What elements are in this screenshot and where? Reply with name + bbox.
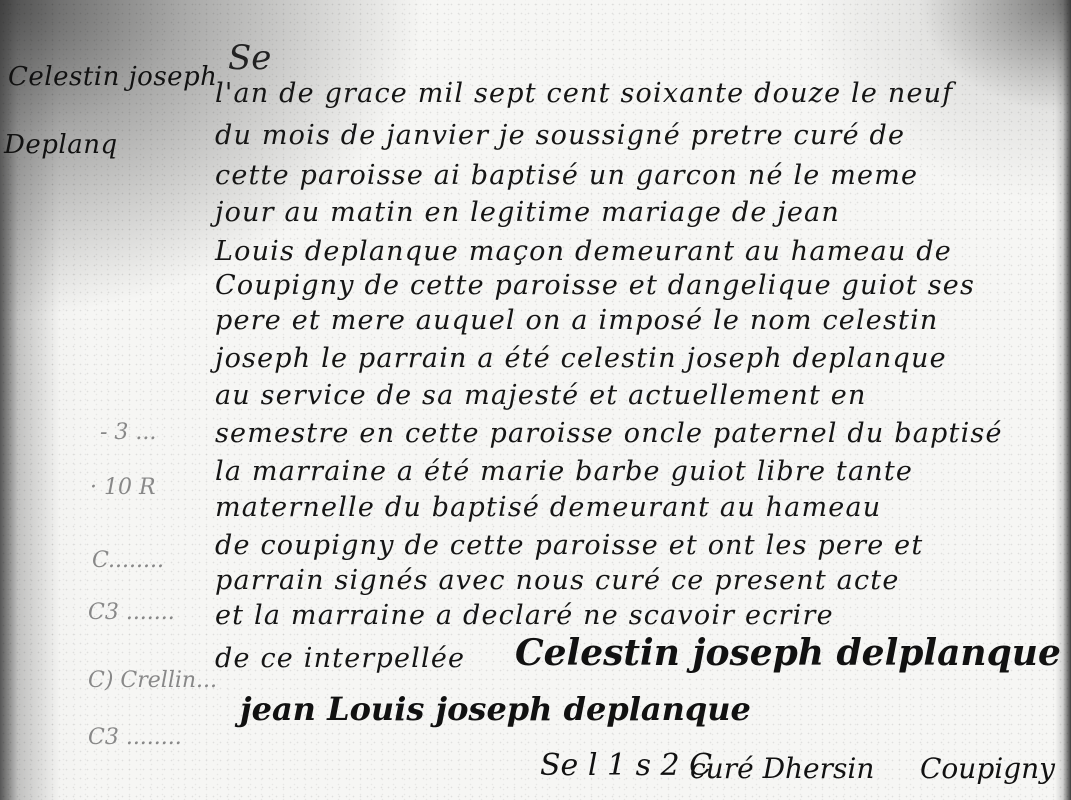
record-line: maternelle du baptisé demeurant au hamea… (215, 492, 881, 523)
signature-place: Coupigny (920, 752, 1055, 785)
record-line: joseph le parrain a été celestin joseph … (215, 343, 947, 374)
margin-faint-mark: C) Crellin... (88, 668, 217, 693)
record-line: de ce interpellée (215, 643, 465, 674)
record-line: Louis deplanque maçon demeurant au hamea… (215, 236, 952, 267)
record-line: l'an de grace mil sept cent soixante dou… (215, 78, 953, 109)
record-line: pere et mere auquel on a imposé le nom c… (215, 305, 939, 336)
margin-faint-mark: C3 ....... (88, 600, 175, 625)
record-line: au service de sa majesté et actuellement… (215, 380, 867, 411)
record-line: parrain signés avec nous curé ce present… (215, 565, 900, 596)
record-line: jour au matin en legitime mariage de jea… (215, 197, 840, 228)
record-line: de coupigny de cette paroisse et ont les… (215, 530, 923, 561)
record-line: cette paroisse ai baptisé un garcon né l… (215, 160, 918, 191)
signature-cure: curé Dhersin (690, 752, 874, 785)
record-line: semestre en cette paroisse oncle paterne… (215, 418, 1003, 449)
record-line: Coupigny de cette paroisse et dangelique… (215, 270, 975, 301)
signature-paraph: Se l 1 s 2 C (540, 748, 712, 783)
margin-faint-mark: C3 ........ (88, 725, 182, 750)
margin-faint-mark: · 10 R (90, 475, 156, 500)
margin-faint-mark: - 3 ... (100, 420, 156, 445)
margin-name-first: Celestin joseph (8, 62, 217, 92)
record-line: la marraine a été marie barbe guiot libr… (215, 456, 913, 487)
margin-faint-mark: C........ (92, 548, 164, 573)
signature-pere: jean Louis joseph deplanque (240, 690, 751, 728)
record-line: du mois de janvier je soussigné pretre c… (215, 120, 905, 151)
signature-parrain: Celestin joseph delplanque (515, 632, 1061, 674)
record-line: et la marraine a declaré ne scavoir ecri… (215, 600, 834, 631)
header-flourish: Se (228, 38, 271, 78)
margin-name-last: Deplanq (4, 130, 118, 160)
manuscript-page: Celestin joseph Deplanq - 3 ... · 10 R C… (0, 0, 1071, 800)
